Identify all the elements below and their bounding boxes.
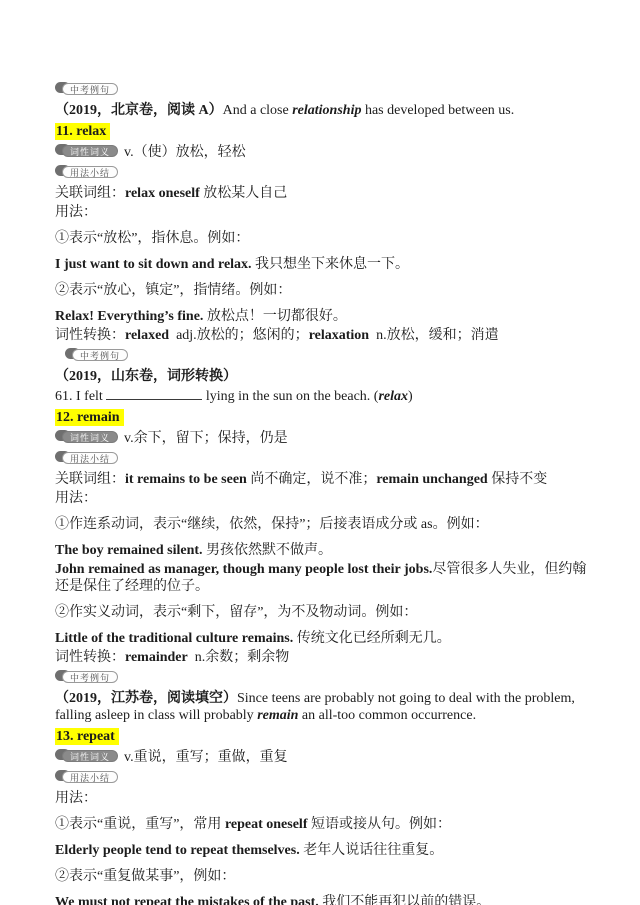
- text-run: 尚不确定，说不准；: [247, 472, 377, 487]
- paragraph: Elderly people tend to repeat themselves…: [55, 842, 594, 859]
- text-run: ①表示“重说，重写”，常用: [55, 817, 225, 832]
- vocab-heading: 11. relax: [55, 123, 110, 140]
- paragraph: Little of the traditional culture remain…: [55, 630, 594, 647]
- usage-badge-label: 用法小结: [62, 452, 118, 464]
- fill-in-blank: [106, 387, 202, 400]
- text-run: v.（使）放松，轻松: [124, 145, 246, 160]
- text-run: lying in the sun on the beach. (: [202, 389, 378, 404]
- pos-badge-label: 词性词义: [62, 431, 118, 443]
- paragraph: （2019，山东卷，词形转换）: [55, 368, 594, 385]
- badge-row: 用法小结: [55, 164, 594, 182]
- paragraph: I just want to sit down and relax. 我只想坐下…: [55, 256, 594, 273]
- text-run: （2019，山东卷，词形转换）: [55, 369, 237, 384]
- paragraph: ①表示“重说，重写”，常用 repeat oneself 短语或接从句。例如：: [55, 816, 594, 833]
- text-run: an all-too common occurrence.: [298, 708, 476, 723]
- exam-badge: 中考例句: [55, 669, 118, 686]
- text-run: ): [408, 389, 413, 404]
- paragraph: Relax! Everything’s fine. 放松点！一切都很好。: [55, 308, 594, 325]
- badge-row: 中考例句: [55, 669, 594, 687]
- text-run: 词性转换：: [55, 328, 125, 343]
- usage-badge: 用法小结: [55, 164, 118, 181]
- paragraph: （2019，江苏卷，阅读填空）Since teens are probably …: [55, 690, 594, 724]
- text-run: has developed between us.: [361, 103, 514, 118]
- text-run: 保持不变: [488, 472, 548, 487]
- text-run: 用法：: [55, 791, 97, 806]
- text-run: We must not repeat the mistakes of the p…: [55, 895, 319, 905]
- text-run: n.放松，缓和；消遣: [369, 328, 499, 343]
- text-run: n.余数；剩余物: [188, 650, 290, 665]
- text-run: 关联词组：: [55, 186, 125, 201]
- exam-badge-label: 中考例句: [62, 83, 118, 95]
- text-run: Elderly people tend to repeat themselves…: [55, 843, 300, 858]
- text-run: （2019，北京卷，阅读 A）: [55, 103, 223, 118]
- text-run: ②表示“放心，镇定”，指情绪。例如：: [55, 283, 291, 298]
- text-run: Relax! Everything’s fine.: [55, 309, 203, 324]
- text-run: 老年人说话往往重复。: [300, 843, 444, 858]
- badge-row-with-text: 词性词义v.重说，重写；重做，重复: [55, 748, 594, 766]
- document-page: 中考例句（2019，北京卷，阅读 A）And a close relations…: [0, 0, 640, 905]
- paragraph: ①表示“放松”，指休息。例如：: [55, 230, 594, 247]
- text-run: v.重说，重写；重做，重复: [124, 750, 288, 765]
- usage-badge: 用法小结: [55, 450, 118, 467]
- text-run: 我们不能再犯以前的错误。: [319, 895, 491, 905]
- pos-badge-label: 词性词义: [62, 750, 118, 762]
- exam-badge-label: 中考例句: [72, 349, 128, 361]
- pos-badge-label: 词性词义: [62, 145, 118, 157]
- text-run: ②作实义动词，表示“剩下，留存”，为不及物动词。例如：: [55, 605, 417, 620]
- text-run: relationship: [292, 103, 361, 118]
- pos-meaning-text: v.重说，重写；重做，重复: [124, 750, 288, 765]
- text-run: The boy remained silent.: [55, 543, 203, 558]
- text-run: 男孩依然默不做声。: [203, 543, 333, 558]
- text-run: relax oneself: [125, 186, 200, 201]
- text-run: 放松点！一切都很好。: [203, 309, 347, 324]
- text-run: 用法：: [55, 491, 97, 506]
- text-run: And a close: [223, 103, 293, 118]
- text-run: 关联词组：: [55, 472, 125, 487]
- pos-badge: 词性词义: [55, 748, 118, 765]
- vocab-heading: 13. repeat: [55, 728, 119, 745]
- vocab-heading-row: 12. remain: [55, 409, 594, 426]
- badge-row: 用法小结: [55, 450, 594, 468]
- paragraph: ②作实义动词，表示“剩下，留存”，为不及物动词。例如：: [55, 604, 594, 621]
- badge-row-with-text: 词性词义v.（使）放松，轻松: [55, 143, 594, 161]
- paragraph: 关联词组：it remains to be seen 尚不确定，说不准；rema…: [55, 471, 594, 488]
- text-run: Little of the traditional culture remain…: [55, 631, 293, 646]
- pos-badge: 词性词义: [55, 143, 118, 160]
- text-run: ①作连系动词，表示“继续，依然，保持”；后接表语成分或 as。例如：: [55, 517, 489, 532]
- vocab-heading-row: 11. relax: [55, 123, 594, 140]
- text-run: 短语或接从句。例如：: [308, 817, 452, 832]
- text-run: relax: [378, 389, 408, 404]
- text-run: ①表示“放松”，指休息。例如：: [55, 231, 249, 246]
- text-run: 用法：: [55, 205, 97, 220]
- paragraph: ②表示“放心，镇定”，指情绪。例如：: [55, 282, 594, 299]
- paragraph: ②表示“重复做某事”，例如：: [55, 868, 594, 885]
- exam-badge: 中考例句: [65, 347, 128, 364]
- text-run: 我只想坐下来休息一下。: [252, 257, 410, 272]
- usage-badge: 用法小结: [55, 769, 118, 786]
- vocab-heading-row: 13. repeat: [55, 728, 594, 745]
- text-run: ②表示“重复做某事”，例如：: [55, 869, 235, 884]
- paragraph: We must not repeat the mistakes of the p…: [55, 894, 594, 905]
- pos-meaning-text: v.（使）放松，轻松: [124, 145, 246, 160]
- paragraph: 用法：: [55, 490, 594, 507]
- paragraph: The boy remained silent. 男孩依然默不做声。: [55, 542, 594, 559]
- text-run: 词性转换：: [55, 650, 125, 665]
- badge-row: 中考例句: [65, 347, 594, 365]
- paragraph: 关联词组：relax oneself 放松某人自己: [55, 185, 594, 202]
- text-run: v.余下，留下；保持，仍是: [124, 431, 288, 446]
- pos-badge: 词性词义: [55, 429, 118, 446]
- badge-row: 用法小结: [55, 769, 594, 787]
- text-run: it remains to be seen: [125, 472, 247, 487]
- text-run: I just want to sit down and relax.: [55, 257, 252, 272]
- usage-badge-label: 用法小结: [62, 166, 118, 178]
- text-run: relaxed: [125, 328, 169, 343]
- badge-row: 中考例句: [55, 81, 594, 99]
- text-run: （2019，江苏卷，阅读填空）: [55, 691, 237, 706]
- usage-badge-label: 用法小结: [62, 771, 118, 783]
- paragraph: 61. I felt lying in the sun on the beach…: [55, 387, 594, 405]
- paragraph: 词性转换：relaxed adj.放松的；悠闲的；relaxation n.放松…: [55, 327, 594, 344]
- paragraph: 词性转换：remainder n.余数；剩余物: [55, 649, 594, 666]
- text-run: adj.放松的；悠闲的；: [169, 328, 309, 343]
- text-run: repeat oneself: [225, 817, 308, 832]
- text-run: remain unchanged: [376, 472, 487, 487]
- text-run: 传统文化已经所剩无几。: [293, 631, 451, 646]
- badge-row-with-text: 词性词义v.余下，留下；保持，仍是: [55, 429, 594, 447]
- paragraph: 用法：: [55, 790, 594, 807]
- vocab-heading: 12. remain: [55, 409, 124, 426]
- exam-badge: 中考例句: [55, 81, 118, 98]
- text-run: John remained as manager, though many pe…: [55, 562, 432, 577]
- exam-badge-label: 中考例句: [62, 671, 118, 683]
- paragraph: ①作连系动词，表示“继续，依然，保持”；后接表语成分或 as。例如：: [55, 516, 594, 533]
- paragraph: （2019，北京卷，阅读 A）And a close relationship …: [55, 102, 594, 119]
- pos-meaning-text: v.余下，留下；保持，仍是: [124, 431, 288, 446]
- text-run: 放松某人自己: [200, 186, 288, 201]
- text-run: 61. I felt: [55, 389, 106, 404]
- paragraph: 用法：: [55, 204, 594, 221]
- text-run: remainder: [125, 650, 188, 665]
- text-run: relaxation: [309, 328, 369, 343]
- text-run: remain: [257, 708, 298, 723]
- paragraph: John remained as manager, though many pe…: [55, 561, 594, 595]
